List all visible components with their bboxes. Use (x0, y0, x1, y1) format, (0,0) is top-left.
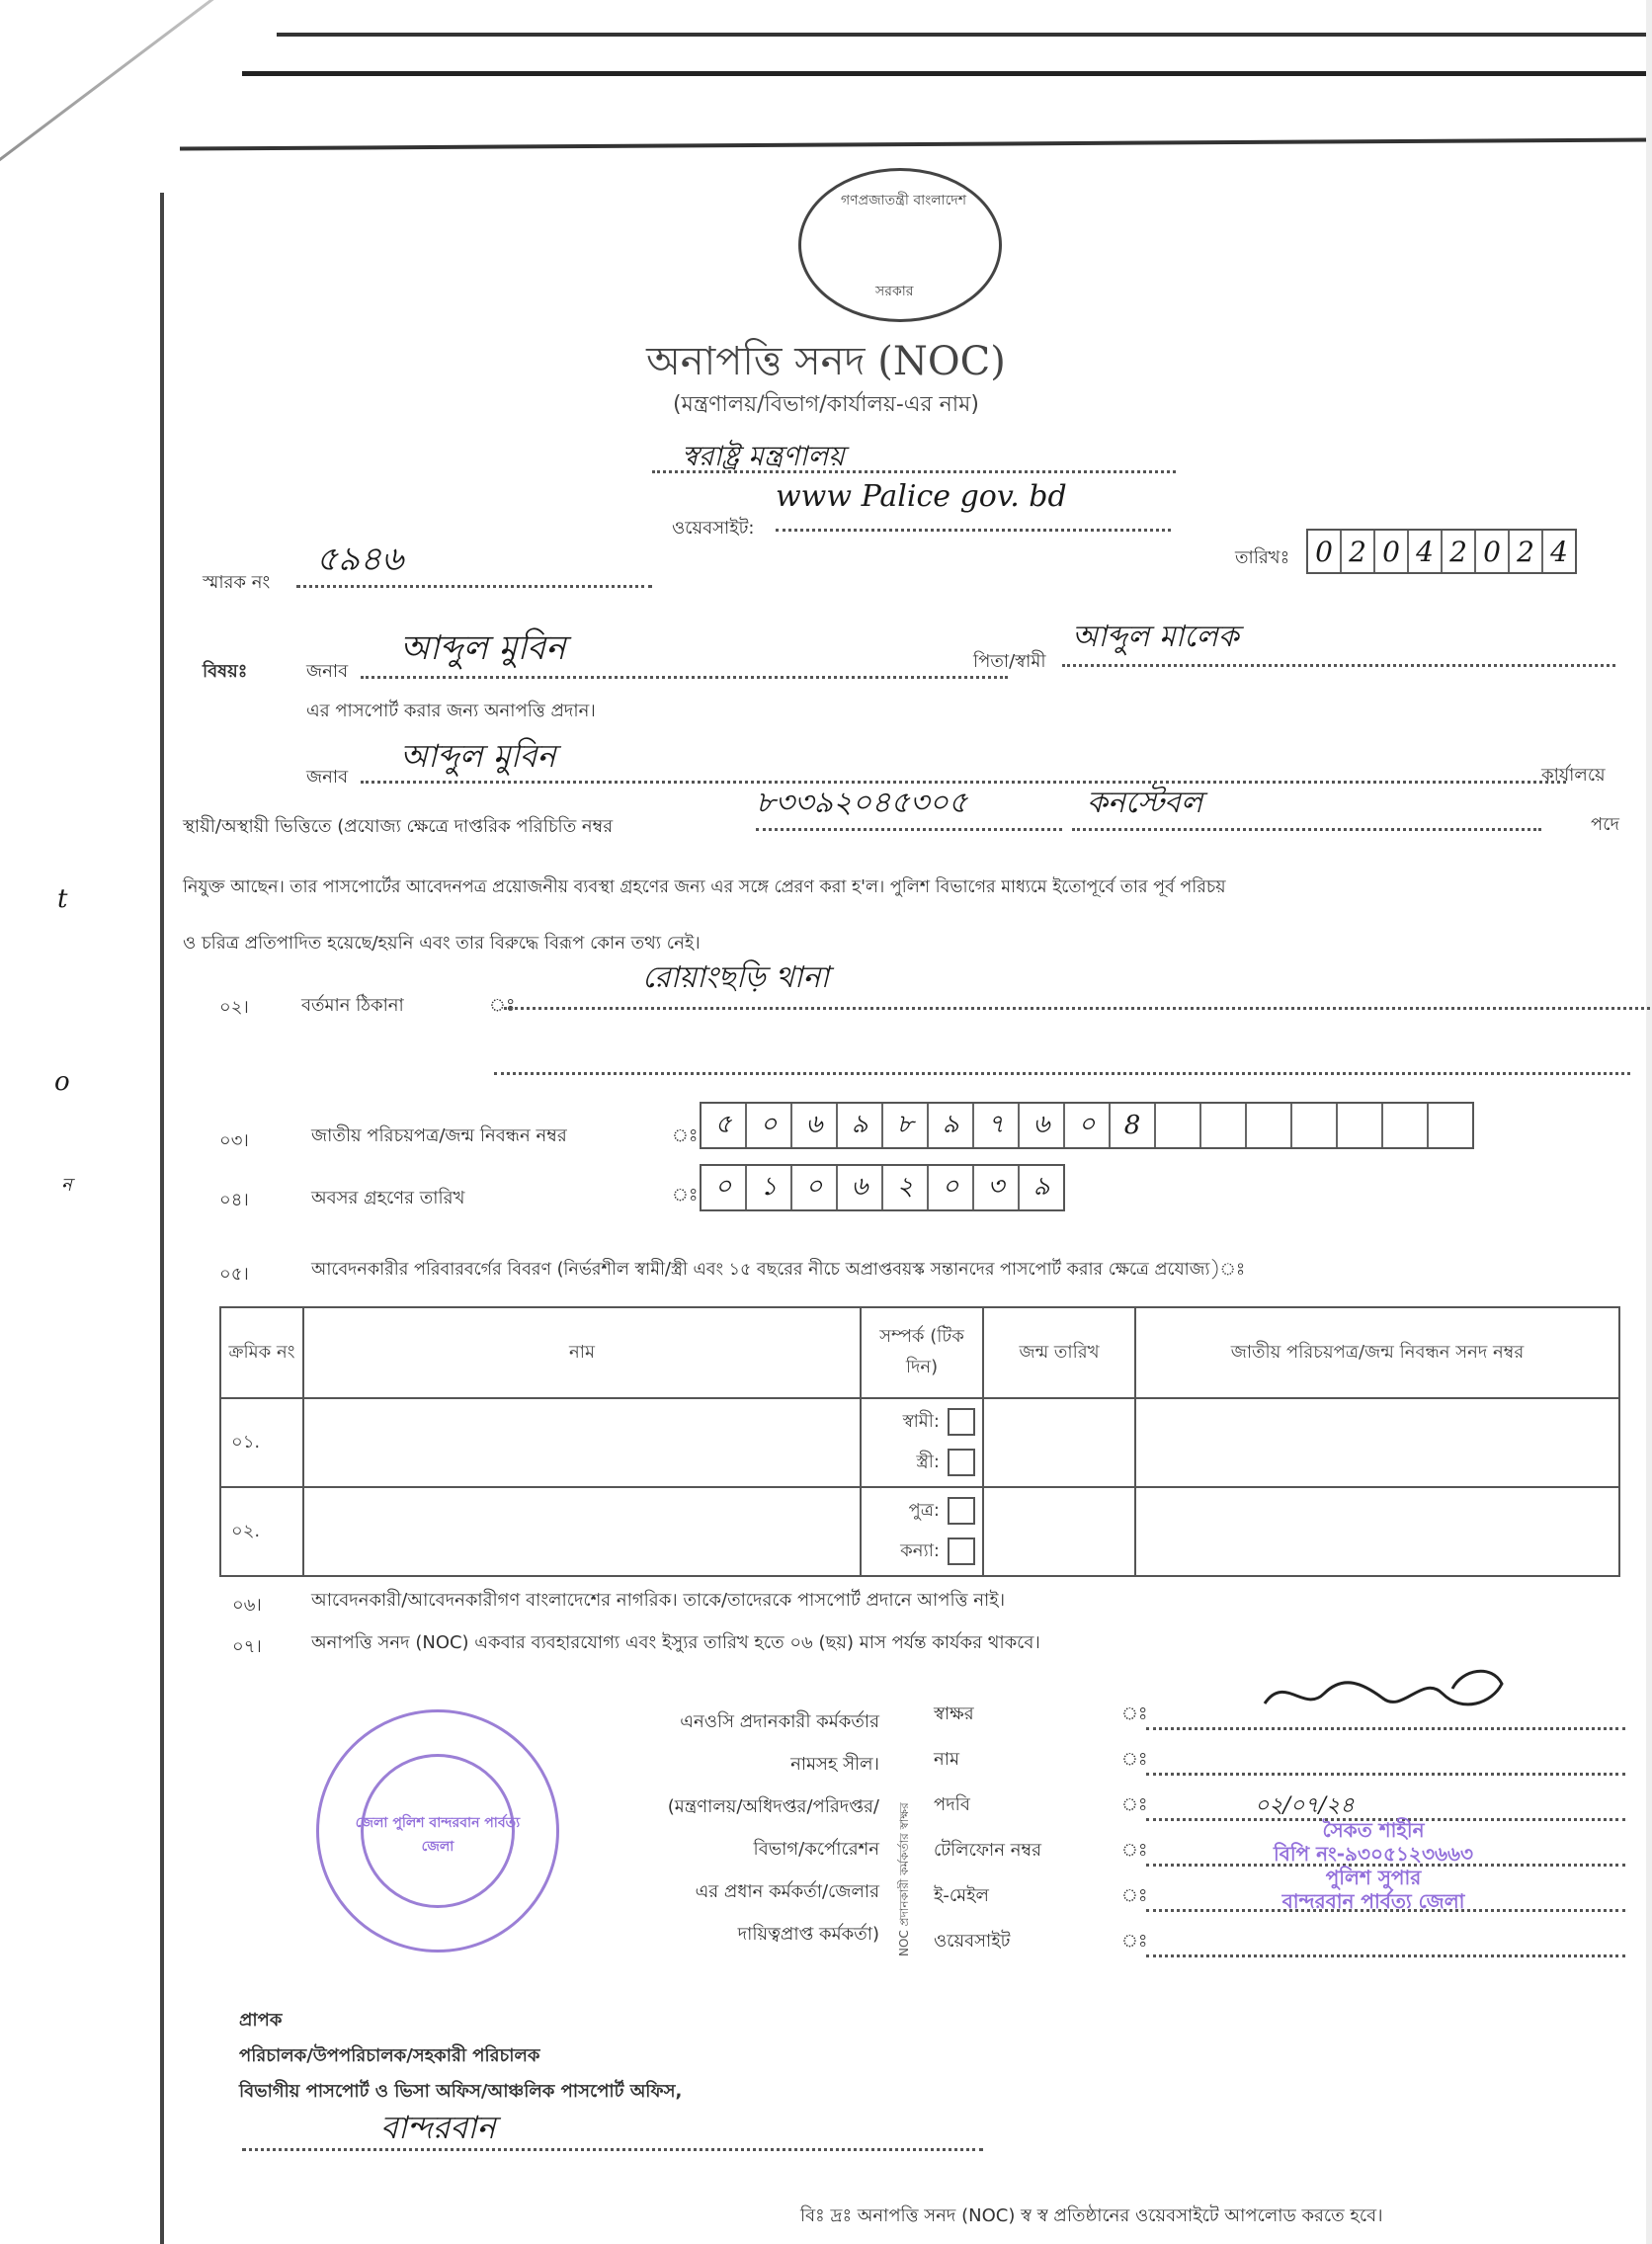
page-title: অনাপত্তি সনদ (NOC) (0, 330, 1652, 396)
item-number: ০৫। (219, 1260, 249, 1290)
col-serial: ক্রমিক নং (220, 1307, 303, 1398)
digit-box[interactable]: 0 (1476, 531, 1510, 572)
relation-label: কন্যা: (900, 1540, 940, 1561)
office-suffix: কার্যালয়ে (1541, 761, 1606, 791)
officer-field-label: নাম (934, 1745, 1121, 1776)
janab-label: জনাব (306, 657, 348, 688)
digit-box[interactable]: 0 (1308, 531, 1342, 572)
emblem-top-text: গণপ্রজাতন্ত্রী বাংলাদেশ (841, 189, 966, 212)
body-paragraph-line1: নিযুক্ত আছেন। তার পাসপোর্টের আবেদনপত্র প… (183, 874, 1226, 903)
digit-box[interactable]: 0 (1375, 531, 1409, 572)
digit-box[interactable]: ০ (929, 1166, 974, 1209)
digit-box[interactable]: ০ (792, 1166, 838, 1209)
margin-mark: t (57, 884, 67, 914)
folded-corner (0, 0, 324, 191)
relation-label: স্ত্রী: (916, 1452, 940, 1472)
officer-description-line: দায়িত্বপ্রাপ্ত কর্মকর্তা) (593, 1920, 879, 1962)
recipient-office-field[interactable]: বান্দরবান (242, 2103, 983, 2151)
officer-field-value[interactable] (1146, 1698, 1625, 1730)
footer-note: বিঃ দ্রঃ অনাপত্তি সনদ (NOC) স্ব স্ব প্রত… (800, 2202, 1383, 2232)
memo-label: স্মারক নং (203, 568, 270, 599)
dob-cell[interactable] (983, 1398, 1135, 1487)
col-nid: জাতীয় পরিচয়পত্র/জন্ম নিবন্ধন সনদ নম্বর (1135, 1307, 1619, 1398)
colon: ঃ (1121, 1790, 1146, 1821)
officer-field-value[interactable] (1146, 1743, 1625, 1776)
address-field-line2[interactable] (494, 1062, 1630, 1075)
officer-description-line: নামসহ সীল। (593, 1750, 879, 1792)
colon: ঃ (1121, 1881, 1146, 1912)
digit-box[interactable]: ৬ (1020, 1104, 1065, 1147)
officer-field-label: পদবি (934, 1790, 1121, 1821)
item-number: ০৬। (232, 1591, 262, 1621)
vertical-note: NOC প্রদানকারী কর্মকর্তার স্বাক্ষর (894, 1690, 914, 1956)
digit-box[interactable]: 2 (1443, 531, 1476, 572)
digit-box[interactable]: ১ (747, 1166, 792, 1209)
serial-cell: ০২. (220, 1487, 303, 1576)
item-number: ০৩। (219, 1126, 249, 1157)
officer-field-row: ওয়েবসাইটঃ (934, 1912, 1625, 1957)
digit-box[interactable]: ০ (702, 1166, 747, 1209)
form-top-border (180, 137, 1652, 150)
family-label: আবেদনকারীর পরিবারবর্গের বিবরণ (নির্ভরশীল… (311, 1257, 1245, 1286)
officer-field-row: পদবিঃ০২/০৭/২৪ (934, 1776, 1625, 1821)
digit-box[interactable] (1429, 1104, 1472, 1147)
website-field[interactable]: www Palice gov. bd (776, 479, 1171, 532)
digit-box[interactable]: ০ (1065, 1104, 1111, 1147)
officer-description-line: এনওসি প্রদানকারী কর্মকর্তার (593, 1707, 879, 1750)
digit-box[interactable]: ৮ (883, 1104, 929, 1147)
website-label: ওয়েবসাইট: (672, 514, 754, 544)
nid-cell[interactable] (1135, 1487, 1619, 1576)
stamp-line: সৈকত শাহীন (1225, 1818, 1522, 1842)
col-relation: সম্পর্ক (টিক দিন) (861, 1307, 983, 1398)
subject-line2: এর পাসপোর্ট করার জন্য অনাপত্তি প্রদান। (306, 697, 596, 727)
stamp-line: পুলিশ সুপার (1225, 1866, 1522, 1889)
officer-name-stamp: সৈকত শাহীনবিপি নং-৯৩০৫১২৩৬৬৩পুলিশ সুপারব… (1225, 1818, 1522, 1913)
memo-number-field[interactable]: ৫৯৪৬ (296, 534, 652, 588)
colon: ঃ (1121, 1927, 1146, 1957)
declaration-07: অনাপত্তি সনদ (NOC) একবার ব্যবহারযোগ্য এব… (311, 1628, 1040, 1659)
table-row: ০১.স্বামী:স্ত্রী: (220, 1398, 1619, 1487)
page-subtitle: (মন্ত্রণালয়/বিভাগ/কার্যালয়-এর নাম) (0, 387, 1652, 424)
relation-cell: পুত্র:কন্যা: (861, 1487, 983, 1576)
colon: ঃ (1121, 1700, 1146, 1730)
address-label: বর্তমান ঠিকানা (301, 991, 404, 1022)
officer-field-label: স্বাক্ষর (934, 1700, 1121, 1730)
official-id-field[interactable]: ৮৩৩৯২০৪৫৩০৫ (756, 779, 1062, 831)
officer-field-label: টেলিফোন নম্বর (934, 1836, 1121, 1867)
colon: ঃ (1121, 1836, 1146, 1867)
digit-box[interactable]: 2 (1342, 531, 1375, 572)
emblem-bottom-text: সরকার (875, 280, 914, 303)
nid-label: জাতীয় পরিচয়পত্র/জন্ম নিবন্ধন নম্বর (311, 1122, 567, 1152)
body-janab-label: জনাব (306, 763, 348, 793)
digit-box[interactable]: 2 (1510, 531, 1543, 572)
colon: ঃ (1121, 1745, 1146, 1776)
stamp-line: বান্দরবান পার্বত্য জেলা (1225, 1889, 1522, 1913)
digit-box[interactable]: ৯ (838, 1104, 883, 1147)
digit-box[interactable] (1383, 1104, 1429, 1147)
digit-box[interactable]: 4 (1409, 531, 1443, 572)
body-name-field[interactable]: আব্দুল মুবিন (361, 731, 1566, 784)
relation-label: স্বামী: (903, 1411, 940, 1432)
digit-box[interactable]: ০ (747, 1104, 792, 1147)
recipient-label: প্রাপক (239, 2006, 282, 2036)
digit-box[interactable]: 8 (1111, 1104, 1156, 1147)
digit-box[interactable]: ৭ (974, 1104, 1020, 1147)
colon: ঃ (672, 1181, 698, 1211)
retirement-label: অবসর গ্রহণের তারিখ (311, 1184, 464, 1214)
subject-label: বিষয়ঃ (203, 657, 247, 688)
margin-mark: ন (61, 1171, 72, 1202)
recipient-line1: পরিচালক/উপপরিচালক/সহকারী পরিচালক (239, 2041, 540, 2072)
digit-box[interactable] (1292, 1104, 1338, 1147)
officer-field-label: ওয়েবসাইট (934, 1927, 1121, 1957)
serial-cell: ০১. (220, 1398, 303, 1487)
item-number: ০২। (219, 993, 249, 1024)
father-name-field[interactable]: আব্দুল মালেক (1062, 613, 1615, 667)
officer-description-line: বিভাগ/কর্পোরেশন (593, 1835, 879, 1877)
officer-description-line: এর প্রধান কর্মকর্তা/জেলার (593, 1877, 879, 1920)
relation-checkbox[interactable] (948, 1408, 975, 1436)
relation-cell: স্বামী:স্ত্রী: (861, 1398, 983, 1487)
name-cell[interactable] (303, 1398, 861, 1487)
relation-checkbox[interactable] (948, 1538, 975, 1565)
officer-field-row: নামঃ (934, 1730, 1625, 1776)
applicant-name-field[interactable]: আব্দুল মুবিন (361, 623, 1008, 679)
stamp-line: বিপি নং-৯৩০৫১২৩৬৬৩ (1225, 1842, 1522, 1866)
officer-description-line: (মন্ত্রণালয়/অধিদপ্তর/পরিদপ্তর/ (593, 1792, 879, 1835)
permanent-text: স্থায়ী/অস্থায়ী ভিত্তিতে (প্রযোজ্য ক্ষে… (183, 812, 613, 843)
signature-icon (1255, 1664, 1512, 1723)
government-emblem: গণপ্রজাতন্ত্রী বাংলাদেশ সরকার (798, 168, 1002, 322)
digit-box[interactable]: ৫ (702, 1104, 747, 1147)
digit-box[interactable]: 4 (1543, 531, 1575, 572)
address-field[interactable]: রোয়াংছড়ি থানা (504, 954, 1652, 1010)
date-label: তারিখঃ (1235, 543, 1289, 574)
officer-field-label: ই-মেইল (934, 1881, 1121, 1912)
digit-box[interactable]: ৯ (929, 1104, 974, 1147)
digit-box[interactable] (1338, 1104, 1383, 1147)
relation-checkbox[interactable] (948, 1497, 975, 1525)
digit-box[interactable]: ৩ (974, 1166, 1020, 1209)
digit-box[interactable]: ২ (883, 1166, 929, 1209)
nid-number-boxes[interactable]: ৫০৬৯৮৯৭৬০8 (700, 1102, 1474, 1149)
margin-mark: o (54, 1067, 70, 1097)
post-field[interactable]: কনস্টেবল (1072, 779, 1541, 831)
officer-field-value[interactable]: ০২/০৭/২৪ (1146, 1788, 1625, 1821)
digit-box[interactable]: ৬ (792, 1104, 838, 1147)
relation-label: পুত্র: (908, 1500, 940, 1521)
family-table: ক্রমিক নং নাম সম্পর্ক (টিক দিন) জন্ম তার… (219, 1306, 1620, 1577)
digit-box[interactable] (1201, 1104, 1247, 1147)
nid-cell[interactable] (1135, 1398, 1619, 1487)
declaration-06: আবেদনকারী/আবেদনকারীগণ বাংলাদেশের নাগরিক।… (311, 1586, 1005, 1617)
retirement-date-boxes[interactable]: ০১০৬২০৩৯ (700, 1164, 1065, 1211)
digit-box[interactable] (1247, 1104, 1292, 1147)
item-number: ০৭। (232, 1632, 262, 1663)
page-edge-top (277, 33, 1652, 37)
col-dob: জন্ম তারিখ (983, 1307, 1135, 1398)
officer-field-row: স্বাক্ষরঃ (934, 1685, 1625, 1730)
officer-description: এনওসি প্রদানকারী কর্মকর্তারনামসহ সীল।(মন… (593, 1707, 879, 1962)
page-edge-second (242, 71, 1652, 76)
name-cell[interactable] (303, 1487, 861, 1576)
form-left-border (160, 193, 164, 2244)
father-label: পিতা/স্বামী (973, 647, 1045, 678)
office-round-seal: জেলা পুলিশ বান্দরবান পার্বত্য জেলা (316, 1709, 559, 1953)
ministry-name-field[interactable]: স্বরাষ্ট্র মন্ত্রণালয় (652, 435, 1176, 473)
digit-box[interactable]: ৬ (838, 1166, 883, 1209)
col-name: নাম (303, 1307, 861, 1398)
issue-date-boxes[interactable]: 02042024 (1306, 529, 1577, 574)
colon: ঃ (672, 1122, 698, 1152)
table-row: ০২.পুত্র:কন্যা: (220, 1487, 1619, 1576)
relation-checkbox[interactable] (948, 1449, 975, 1476)
digit-box[interactable] (1156, 1104, 1201, 1147)
item-number: ০৪। (219, 1186, 249, 1216)
post-suffix: পদে (1591, 810, 1619, 841)
officer-field-value[interactable] (1146, 1925, 1625, 1957)
dob-cell[interactable] (983, 1487, 1135, 1576)
digit-box[interactable]: ৯ (1020, 1166, 1063, 1209)
